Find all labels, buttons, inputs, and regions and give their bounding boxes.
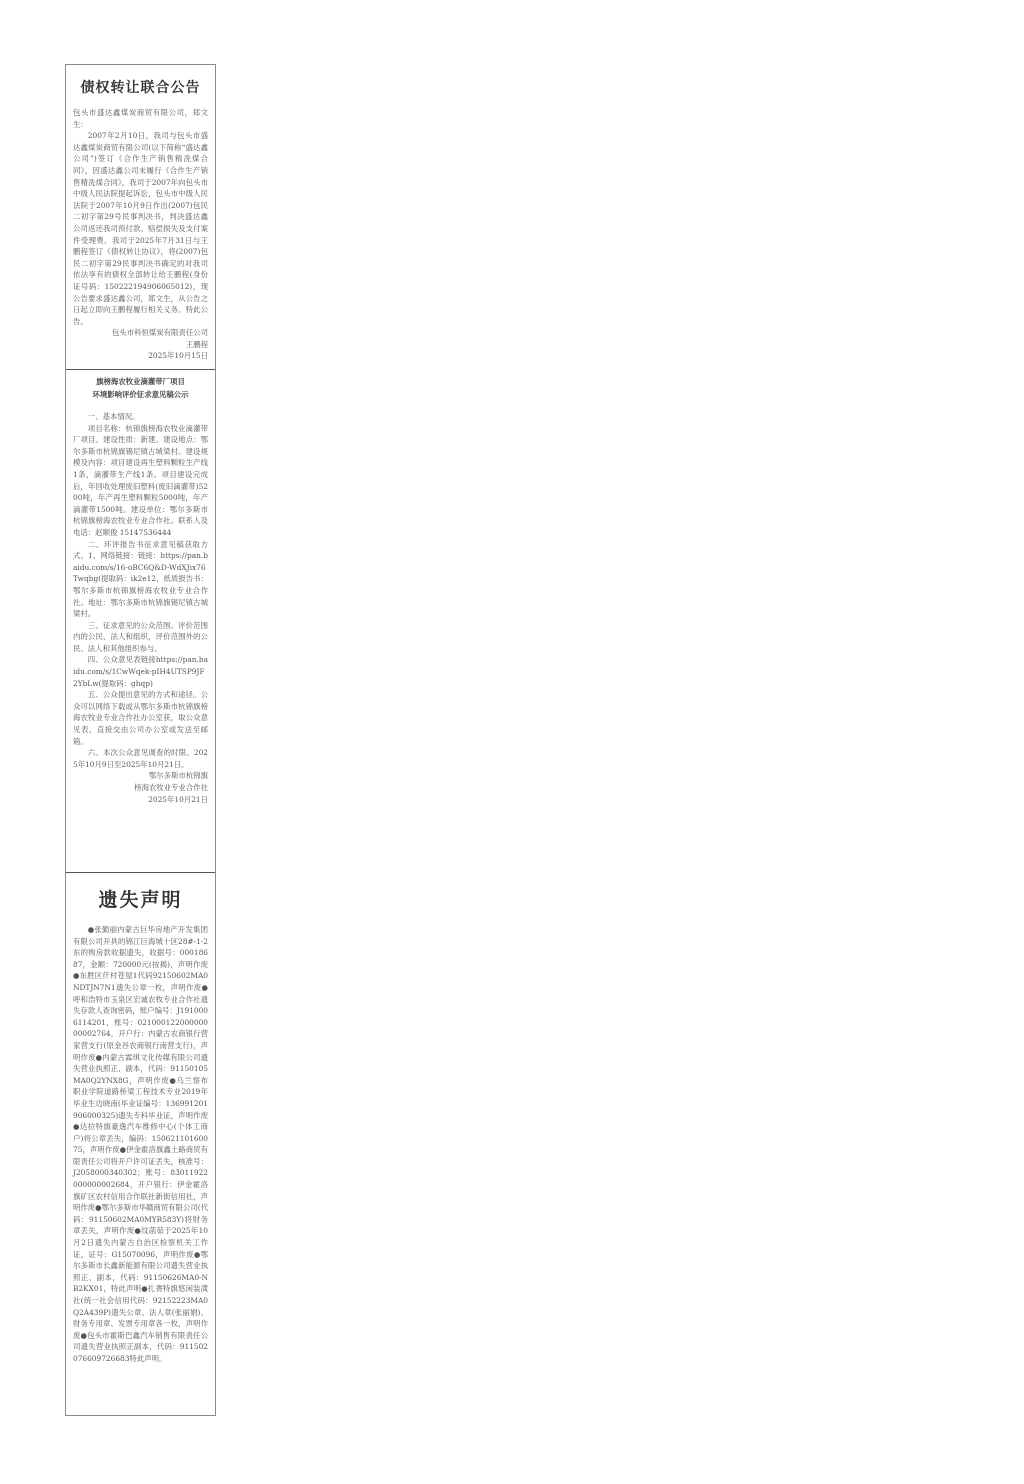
notice-date: 2025年10月15日 <box>73 350 208 362</box>
notice-body: 2007年2月10日，我司与包头市盛达鑫煤炭商贸有限公司(以下简称“盛达鑫公司”… <box>73 130 208 327</box>
loss-statement-notice: 遗失声明 ●张勤丽内蒙古巨华房地产开发集团有限公司开具的锦江巨海城十区28#-1… <box>66 873 215 1415</box>
eia-public-notice: 旗榜海农牧业滴灌带厂项目 环境影响评价征求意见稿公示 一、基本情况。 项目名称：… <box>66 370 215 872</box>
notice-title-line1: 旗榜海农牧业滴灌带厂项目 <box>73 375 208 388</box>
notice-salutation: 包头市盛达鑫煤炭商贸有限公司，郑文生： <box>73 107 208 130</box>
section-4: 四、公众意见表链接https://pan.baidu.com/s/1CwWqek… <box>73 654 208 689</box>
notices-column: 债权转让联合公告 包头市盛达鑫煤炭商贸有限公司，郑文生： 2007年2月10日，… <box>65 64 216 1416</box>
debt-transfer-notice: 债权转让联合公告 包头市盛达鑫煤炭商贸有限公司，郑文生： 2007年2月10日，… <box>66 65 215 369</box>
section-5: 五、公众提出意见的方式和途径。公众可以网络下载或从鄂尔多斯市杭锦旗榜海农牧业专业… <box>73 689 208 747</box>
section-3: 三、征求意见的公众范围。评价范围内的公民、法人和组织，评价范围外的公民、法人和其… <box>73 620 208 655</box>
section-6: 六、本次公众意见调查的时限。2025年10月9日至2025年10月21日。 <box>73 747 208 770</box>
signer-line1: 鄂尔多斯市杭锦旗 <box>73 770 208 782</box>
notice-title: 债权转让联合公告 <box>73 77 208 97</box>
signer-person: 王鹏程 <box>73 339 208 351</box>
signer-company: 包头市科恒煤炭有限责任公司 <box>73 327 208 339</box>
section-2: 二、环评报告书征求意见稿获取方式。1、网络链接：链接：https://pan.b… <box>73 539 208 620</box>
signer-line2: 榜海农牧业专业合作社 <box>73 782 208 794</box>
section-1-body: 项目名称：杭锦旗榜海农牧业滴灌带厂项目。建设性质：新建。建设地点：鄂尔多斯市杭锦… <box>73 423 208 539</box>
notice-title-line2: 环境影响评价征求意见稿公示 <box>73 388 208 401</box>
notice-date: 2025年10月21日 <box>73 794 208 806</box>
section-1-heading: 一、基本情况。 <box>73 411 208 423</box>
notice-title: 遗失声明 <box>73 885 208 912</box>
notice-body: ●张勤丽内蒙古巨华房地产开发集团有限公司开具的锦江巨海城十区28#-1-2东的购… <box>73 924 208 1365</box>
